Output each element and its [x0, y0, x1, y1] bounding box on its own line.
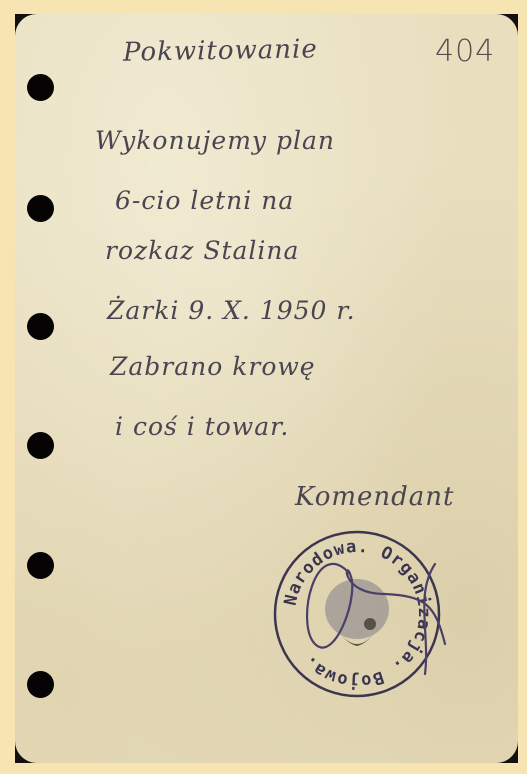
document-number: 404	[435, 34, 495, 69]
text-line: rozkaz Stalina	[105, 236, 299, 265]
document-title: Pokwitowanie	[123, 34, 318, 67]
date-line: Żarki 9. X. 1950 r.	[107, 296, 356, 325]
binder-hole	[27, 432, 54, 459]
document-mount: Pokwitowanie 404 Wykonujemy plan 6-cio l…	[15, 14, 518, 763]
binder-hole	[27, 313, 54, 340]
text-line: Wykonujemy plan	[95, 126, 335, 155]
binder-hole	[27, 195, 54, 222]
binder-hole	[27, 671, 54, 698]
binder-hole	[27, 552, 54, 579]
text-line: 6-cio letni na	[115, 186, 294, 215]
signatory-title: Komendant	[295, 482, 455, 512]
text-line: Zabrano krowę	[110, 352, 316, 381]
signature-scribble-icon	[255, 534, 485, 684]
text-line: i coś i towar.	[115, 412, 289, 441]
receipt-card: Pokwitowanie 404 Wykonujemy plan 6-cio l…	[15, 14, 518, 763]
binder-hole	[27, 74, 54, 101]
